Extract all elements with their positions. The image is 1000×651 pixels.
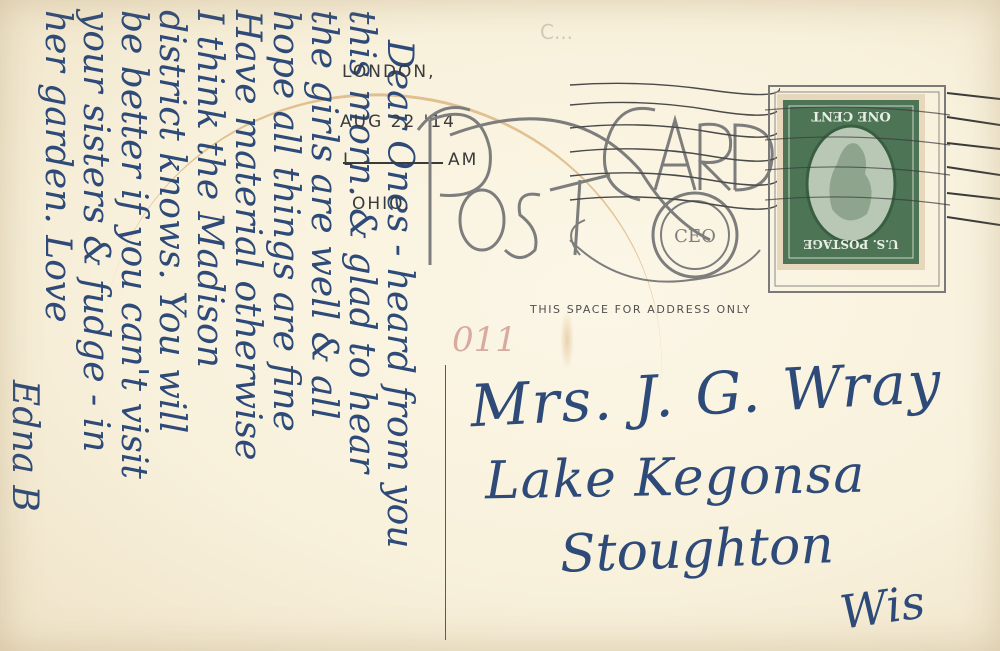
address-line-place: Lake Kegonsa bbox=[485, 445, 866, 512]
postmark-state: OHIO. bbox=[352, 196, 411, 213]
message-area: Dear Ones - heard from you this morn. & … bbox=[0, 0, 440, 651]
divider-line bbox=[445, 365, 446, 640]
stamp-box: U.S. POSTAGE ONE CENT bbox=[765, 80, 950, 300]
message-line: the girls are well & all bbox=[303, 10, 344, 420]
message-line: I think the Madison bbox=[189, 10, 230, 368]
address-instruction: THIS SPACE FOR ADDRESS ONLY bbox=[530, 303, 751, 316]
message-line: be better if you can't visit bbox=[113, 10, 154, 479]
address-line-city: Stoughton bbox=[559, 515, 835, 585]
message-line: district knows. You will bbox=[151, 10, 192, 433]
stamp: U.S. POSTAGE ONE CENT bbox=[783, 100, 919, 264]
post-card-lettering: CEO bbox=[410, 80, 780, 295]
stamp-country-text: U.S. POSTAGE bbox=[803, 237, 898, 251]
postcard-back: C... Dear Ones - heard from you this mor… bbox=[0, 0, 1000, 651]
message-lines: Dear Ones - heard from you this morn. & … bbox=[0, 0, 440, 651]
stamp-denomination-text: ONE CENT bbox=[811, 108, 891, 123]
postmark-city: LONDON, bbox=[342, 64, 436, 81]
pencil-mark: 011 bbox=[452, 320, 517, 360]
cancellation-lines bbox=[945, 85, 1000, 235]
postmark-time-prefix: L bbox=[343, 152, 354, 169]
message-signature: Edna B bbox=[4, 380, 45, 512]
water-stain-small bbox=[560, 310, 574, 370]
message-line: her garden. Love bbox=[37, 10, 78, 323]
address-line-state: Wis bbox=[837, 574, 928, 639]
message-line: hope all things are fine bbox=[265, 10, 306, 432]
message-line: Have material otherwise bbox=[227, 10, 268, 460]
publisher-monogram: CEO bbox=[674, 226, 716, 247]
faint-top-mark: C... bbox=[540, 20, 573, 44]
message-line: your sisters & fudge - in bbox=[75, 10, 116, 452]
